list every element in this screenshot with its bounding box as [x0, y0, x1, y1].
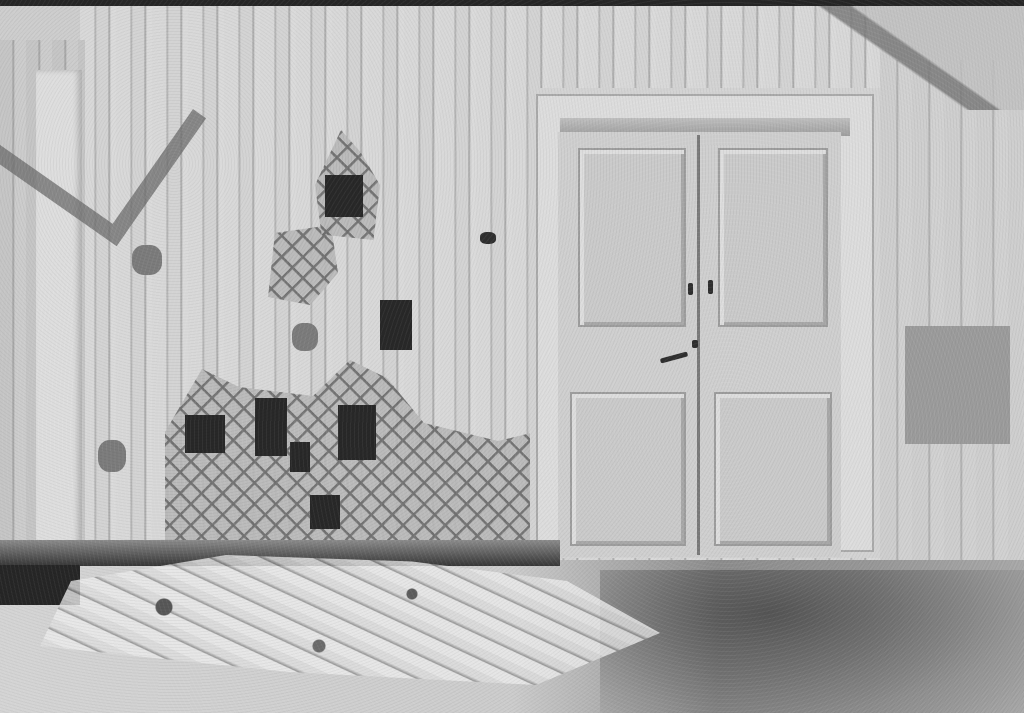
wall-hole — [325, 175, 363, 217]
wall-hole — [290, 442, 310, 472]
wall-patch — [905, 326, 1010, 444]
floor-stain — [600, 570, 1024, 713]
door-panel — [714, 392, 832, 546]
door-panel — [578, 148, 686, 327]
wall-hole — [310, 495, 340, 529]
ceiling-edge — [0, 0, 1024, 6]
wall-damage-spot — [480, 232, 496, 244]
wall-hole — [380, 300, 412, 350]
wall-hole — [338, 405, 376, 460]
door-panel — [570, 392, 686, 546]
door-panel — [718, 148, 828, 327]
door-handle — [688, 283, 693, 295]
door-handle — [708, 280, 713, 294]
wall-damage-spot — [98, 440, 126, 472]
wall-damage-spot — [132, 245, 162, 275]
wall-damage-spot — [292, 323, 318, 351]
wall-hole — [185, 415, 225, 453]
right-wall — [880, 60, 1024, 570]
wall-hole — [255, 398, 287, 456]
photo-scene — [0, 0, 1024, 713]
door-lock — [692, 340, 698, 348]
